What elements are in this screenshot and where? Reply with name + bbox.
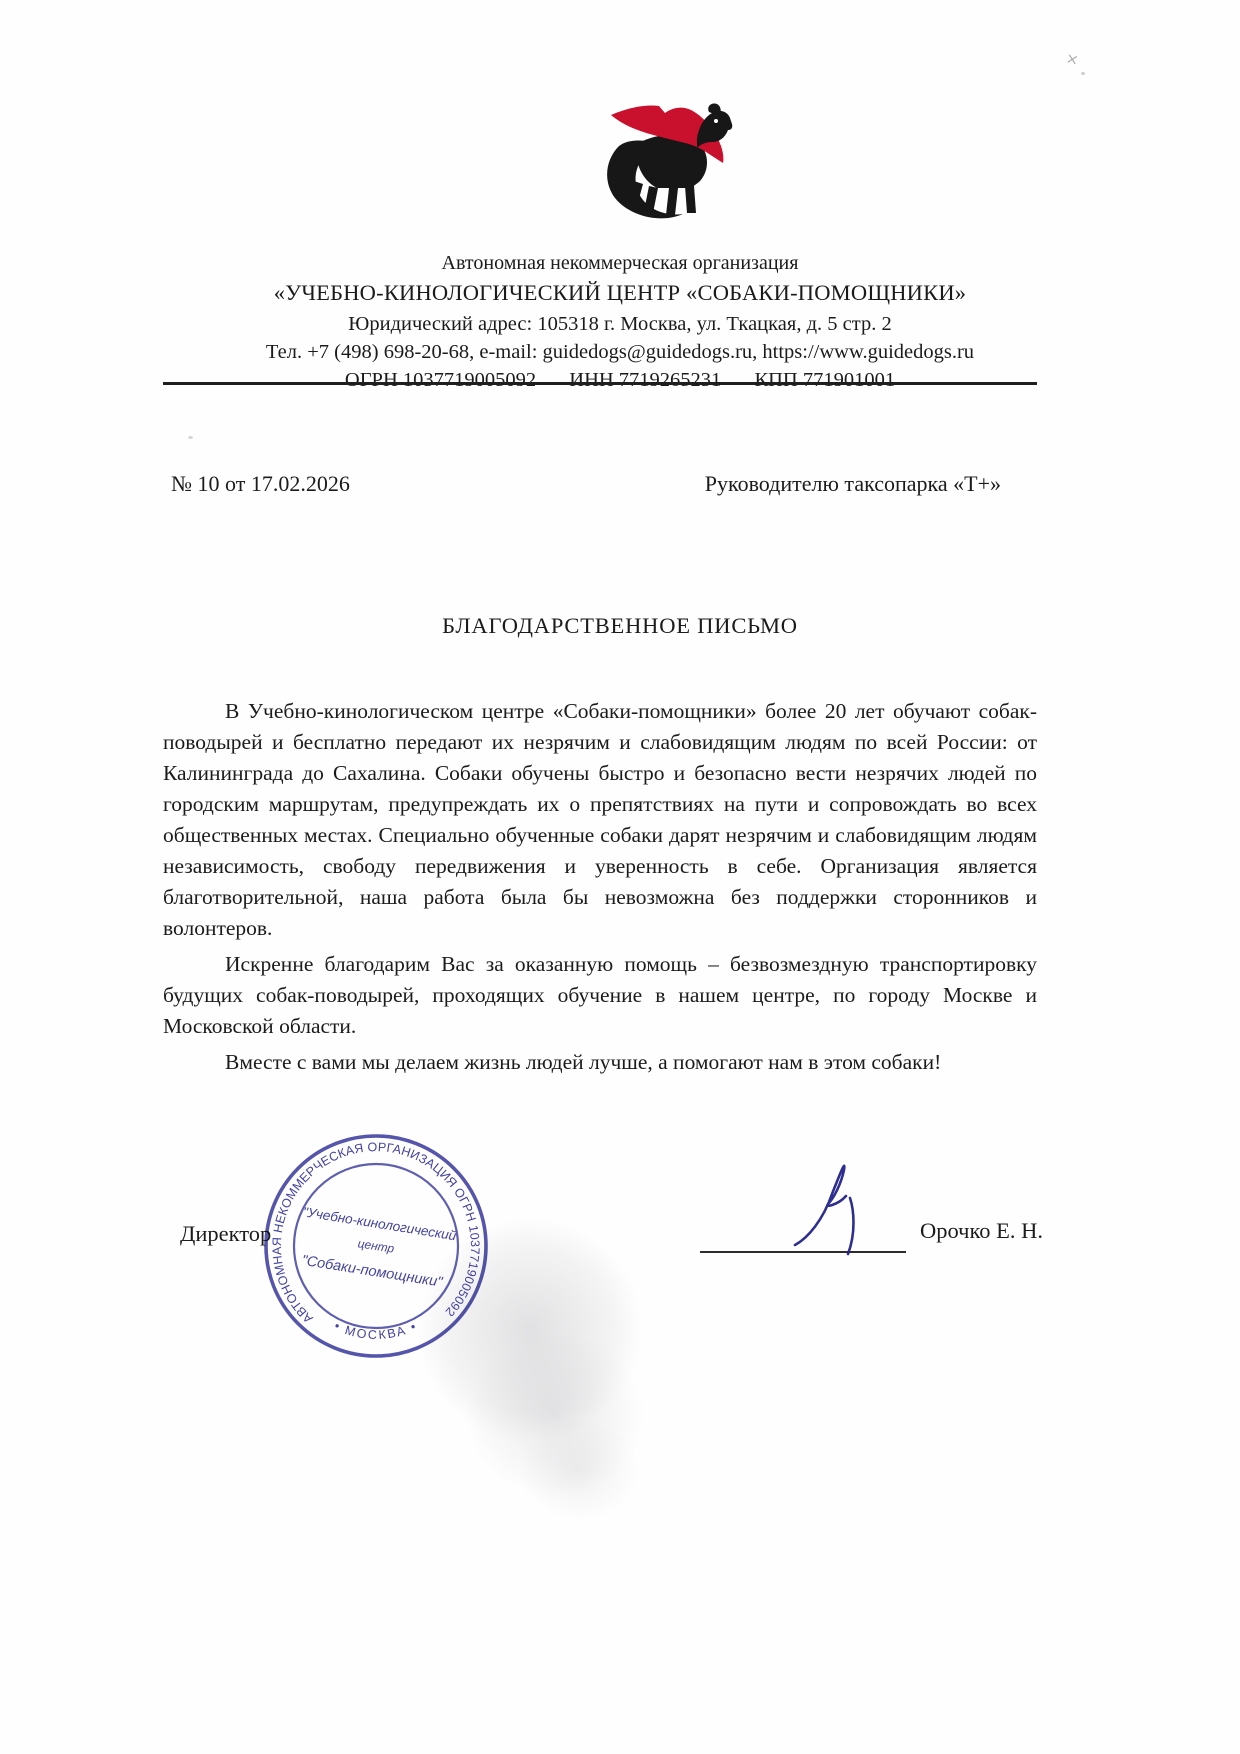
scan-smudge [495, 1395, 665, 1545]
reference-row: № 10 от 17.02.2026 Руководителю таксопар… [163, 471, 1037, 497]
org-address: Юридический адрес: 105318 г. Москва, ул.… [120, 312, 1120, 337]
letter-title: БЛАГОДАРСТВЕННОЕ ПИСЬМО [0, 613, 1240, 639]
signer-name: Орочко Е. Н. [920, 1218, 1043, 1244]
body-paragraph-3: Вместе с вами мы делаем жизнь людей лучш… [163, 1047, 1037, 1078]
body-paragraph-2: Искренне благодарим Вас за оказанную пом… [163, 949, 1037, 1042]
letter-page: × Автономная некоммерческая организация [0, 0, 1240, 1754]
org-inn: ИНН 7719265231 [569, 369, 721, 391]
handwritten-signature [778, 1146, 892, 1266]
letter-recipient: Руководителю таксопарка «Т+» [705, 471, 1037, 497]
org-contacts: Тел. +7 (498) 698-20-68, e-mail: guidedo… [120, 340, 1120, 365]
stamp-bottom-text: • МОСКВА • [332, 1319, 420, 1342]
letterhead: Автономная некоммерческая организация «У… [120, 251, 1120, 393]
scan-speck [188, 436, 193, 439]
stamp-center-line-3: "Собаки-помощники" [300, 1253, 444, 1291]
organization-stamp: АВТОНОМНАЯ НЕКОММЕРЧЕСКАЯ ОРГАНИЗАЦИЯ ОГ… [258, 1128, 494, 1364]
stamp-center-line-2: центр [357, 1236, 396, 1256]
svg-text:• МОСКВА •: • МОСКВА • [332, 1319, 420, 1342]
letter-number-date: № 10 от 17.02.2026 [163, 471, 350, 497]
guide-dog-logo-icon [597, 102, 739, 220]
body-paragraph-1: В Учебно-кинологическом центре «Собаки-п… [163, 696, 1037, 944]
scan-pencil-mark: × [1064, 49, 1080, 69]
org-ogrn: ОГРН 1037719005092 [345, 369, 536, 391]
letter-body: В Учебно-кинологическом центре «Собаки-п… [163, 696, 1037, 1083]
org-type: Автономная некоммерческая организация [120, 251, 1120, 275]
scan-speck [1081, 72, 1085, 75]
org-registration: ОГРН 1037719005092 ИНН 7719265231 КПП 77… [120, 368, 1120, 393]
org-name: «УЧЕБНО-КИНОЛОГИЧЕСКИЙ ЦЕНТР «СОБАКИ-ПОМ… [120, 279, 1120, 306]
letterhead-divider [163, 382, 1037, 385]
stamp-center-line-1: "Учебно-кинологический [302, 1204, 458, 1243]
org-kpp: КПП 771901001 [754, 369, 895, 391]
